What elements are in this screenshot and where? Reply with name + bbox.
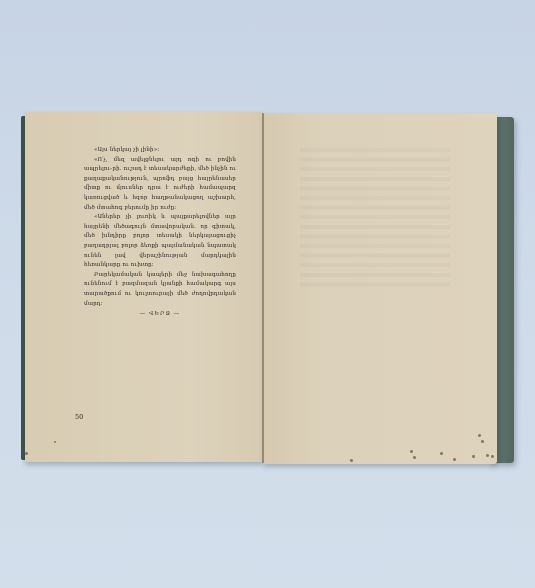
foxing-spot	[453, 458, 456, 461]
foxing-spot	[440, 452, 443, 455]
foxing-spot	[491, 455, 494, 458]
foxing-spot	[478, 434, 481, 437]
foxing-spot	[25, 452, 28, 455]
show-through-text	[300, 148, 450, 288]
page-number: 50	[75, 413, 83, 421]
foxing-spot	[481, 440, 484, 443]
paragraph: «Այս ներկայ չի լինի»:	[84, 146, 236, 156]
foxing-spot	[350, 459, 353, 462]
foxing-spot	[54, 441, 56, 443]
foxing-spot	[472, 455, 475, 458]
paragraph: Բարեկամական կապերի մեջ նախագահողը ունենո…	[84, 271, 236, 309]
foxing-spot	[413, 456, 416, 459]
paragraph: «Աներեր չի լուռիկ և պայքարելովներ այր հա…	[84, 213, 236, 271]
page-text: «Այս ներկայ չի լինի»: «Ո՛չ, մեզ ավելցնել…	[84, 146, 236, 309]
foxing-spot	[410, 450, 413, 453]
paragraph: «Ո՛չ, մեզ ավելցնելու այդ ոգի ու բովին ապ…	[84, 156, 236, 214]
foxing-spot	[486, 454, 489, 457]
end-marker: — ՎԵՐՋ —	[84, 311, 236, 317]
book-photo: «Այս ներկայ չի լինի»: «Ո՛չ, մեզ ավելցնել…	[0, 0, 535, 588]
book-gutter	[262, 113, 264, 463]
